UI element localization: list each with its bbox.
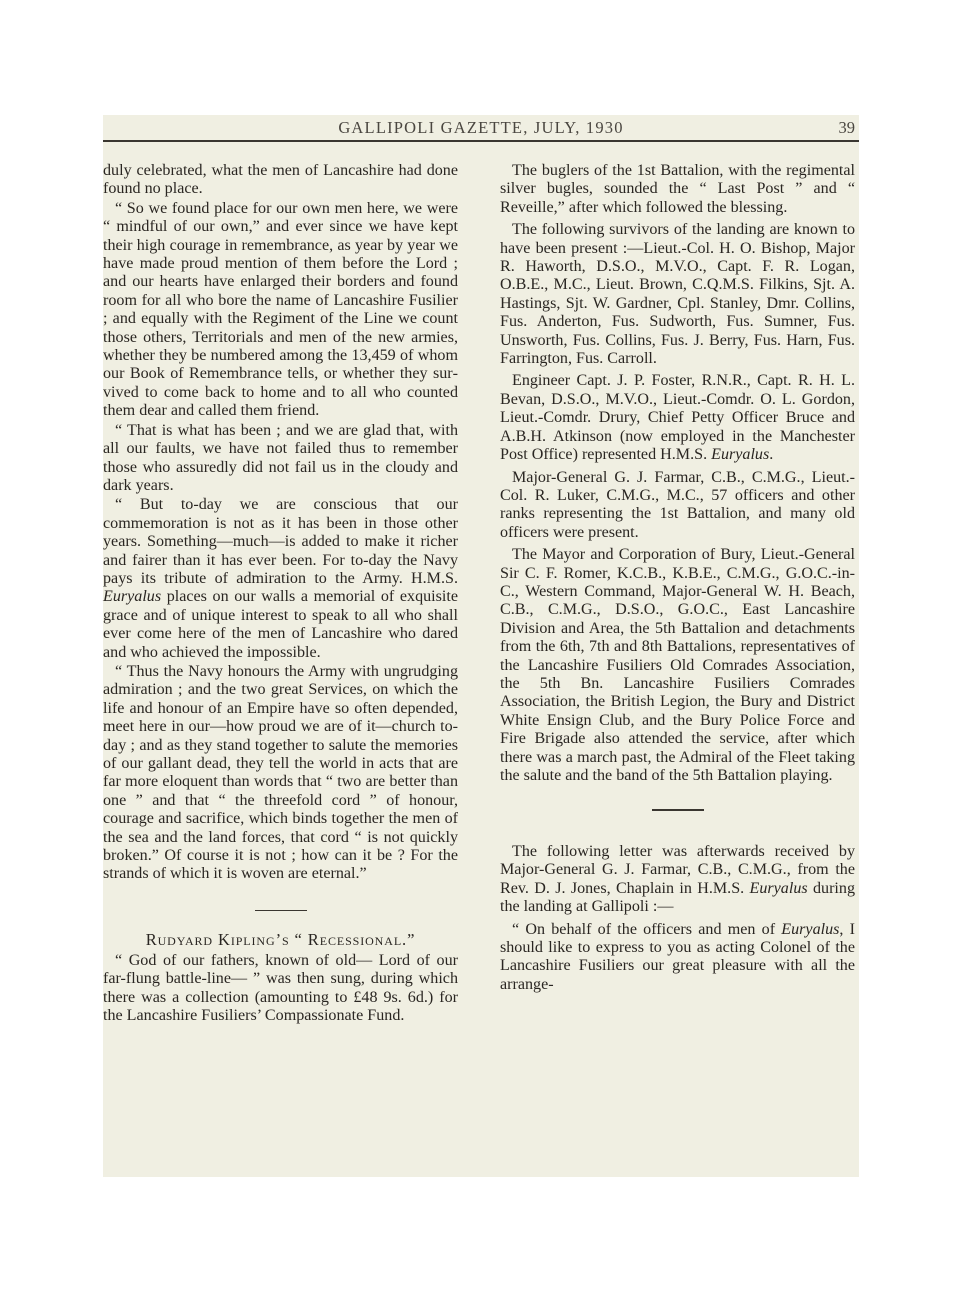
left-column: duly celebrated, what the men of Lanca­s… bbox=[103, 162, 458, 1025]
paragraph: The following survivors of the landing a… bbox=[500, 221, 855, 368]
text-run: “ But to-day we are conscious that our c… bbox=[103, 496, 458, 587]
paragraph: The buglers of the 1st Battalion, with t… bbox=[500, 162, 855, 217]
paragraph: “ Thus the Navy honours the Army with un… bbox=[103, 663, 458, 884]
header-rule bbox=[103, 140, 859, 142]
section-divider bbox=[255, 910, 307, 912]
paragraph: “ On behalf of the officers and men of E… bbox=[500, 921, 855, 995]
ship-name: Euryalus bbox=[781, 921, 839, 938]
gazette-page: GALLIPOLI GAZETTE, JULY, 1930 39 duly ce… bbox=[103, 115, 859, 1177]
paragraph: Engineer Capt. J. P. Foster, R.N.R., Cap… bbox=[500, 372, 855, 464]
text-run: Engineer Capt. J. P. Foster, R.N.R., Cap… bbox=[500, 372, 855, 463]
paragraph: “ God of our fathers, known of old— Lord… bbox=[103, 952, 458, 1026]
paragraph: The following letter was afterwards rece… bbox=[500, 843, 855, 917]
running-title: GALLIPOLI GAZETTE, JULY, 1930 bbox=[103, 118, 859, 138]
page-number: 39 bbox=[839, 118, 856, 138]
right-column: The buglers of the 1st Battalion, with t… bbox=[500, 162, 855, 994]
running-head: GALLIPOLI GAZETTE, JULY, 1930 39 bbox=[103, 115, 859, 141]
ship-name: Euryalus bbox=[750, 880, 808, 897]
paragraph: Major-General G. J. Farmar, C.B., C.M.G.… bbox=[500, 469, 855, 543]
paragraph: “ So we found place for our own men here… bbox=[103, 200, 458, 421]
ship-name: Euryalus bbox=[711, 446, 769, 463]
section-divider bbox=[652, 809, 704, 811]
section-heading: Rudyard Kipling’s “ Recessional.” bbox=[103, 931, 458, 949]
text-run: “ On behalf of the officers and men of bbox=[512, 921, 781, 938]
paragraph: “ But to-day we are conscious that our c… bbox=[103, 496, 458, 662]
paragraph: The Mayor and Corporation of Bury, Lieut… bbox=[500, 546, 855, 785]
text-run: . bbox=[769, 446, 773, 463]
paragraph: duly celebrated, what the men of Lanca­s… bbox=[103, 162, 458, 199]
ship-name: Euryalus bbox=[103, 588, 161, 605]
paragraph: “ That is what has been ; and we are gla… bbox=[103, 422, 458, 496]
